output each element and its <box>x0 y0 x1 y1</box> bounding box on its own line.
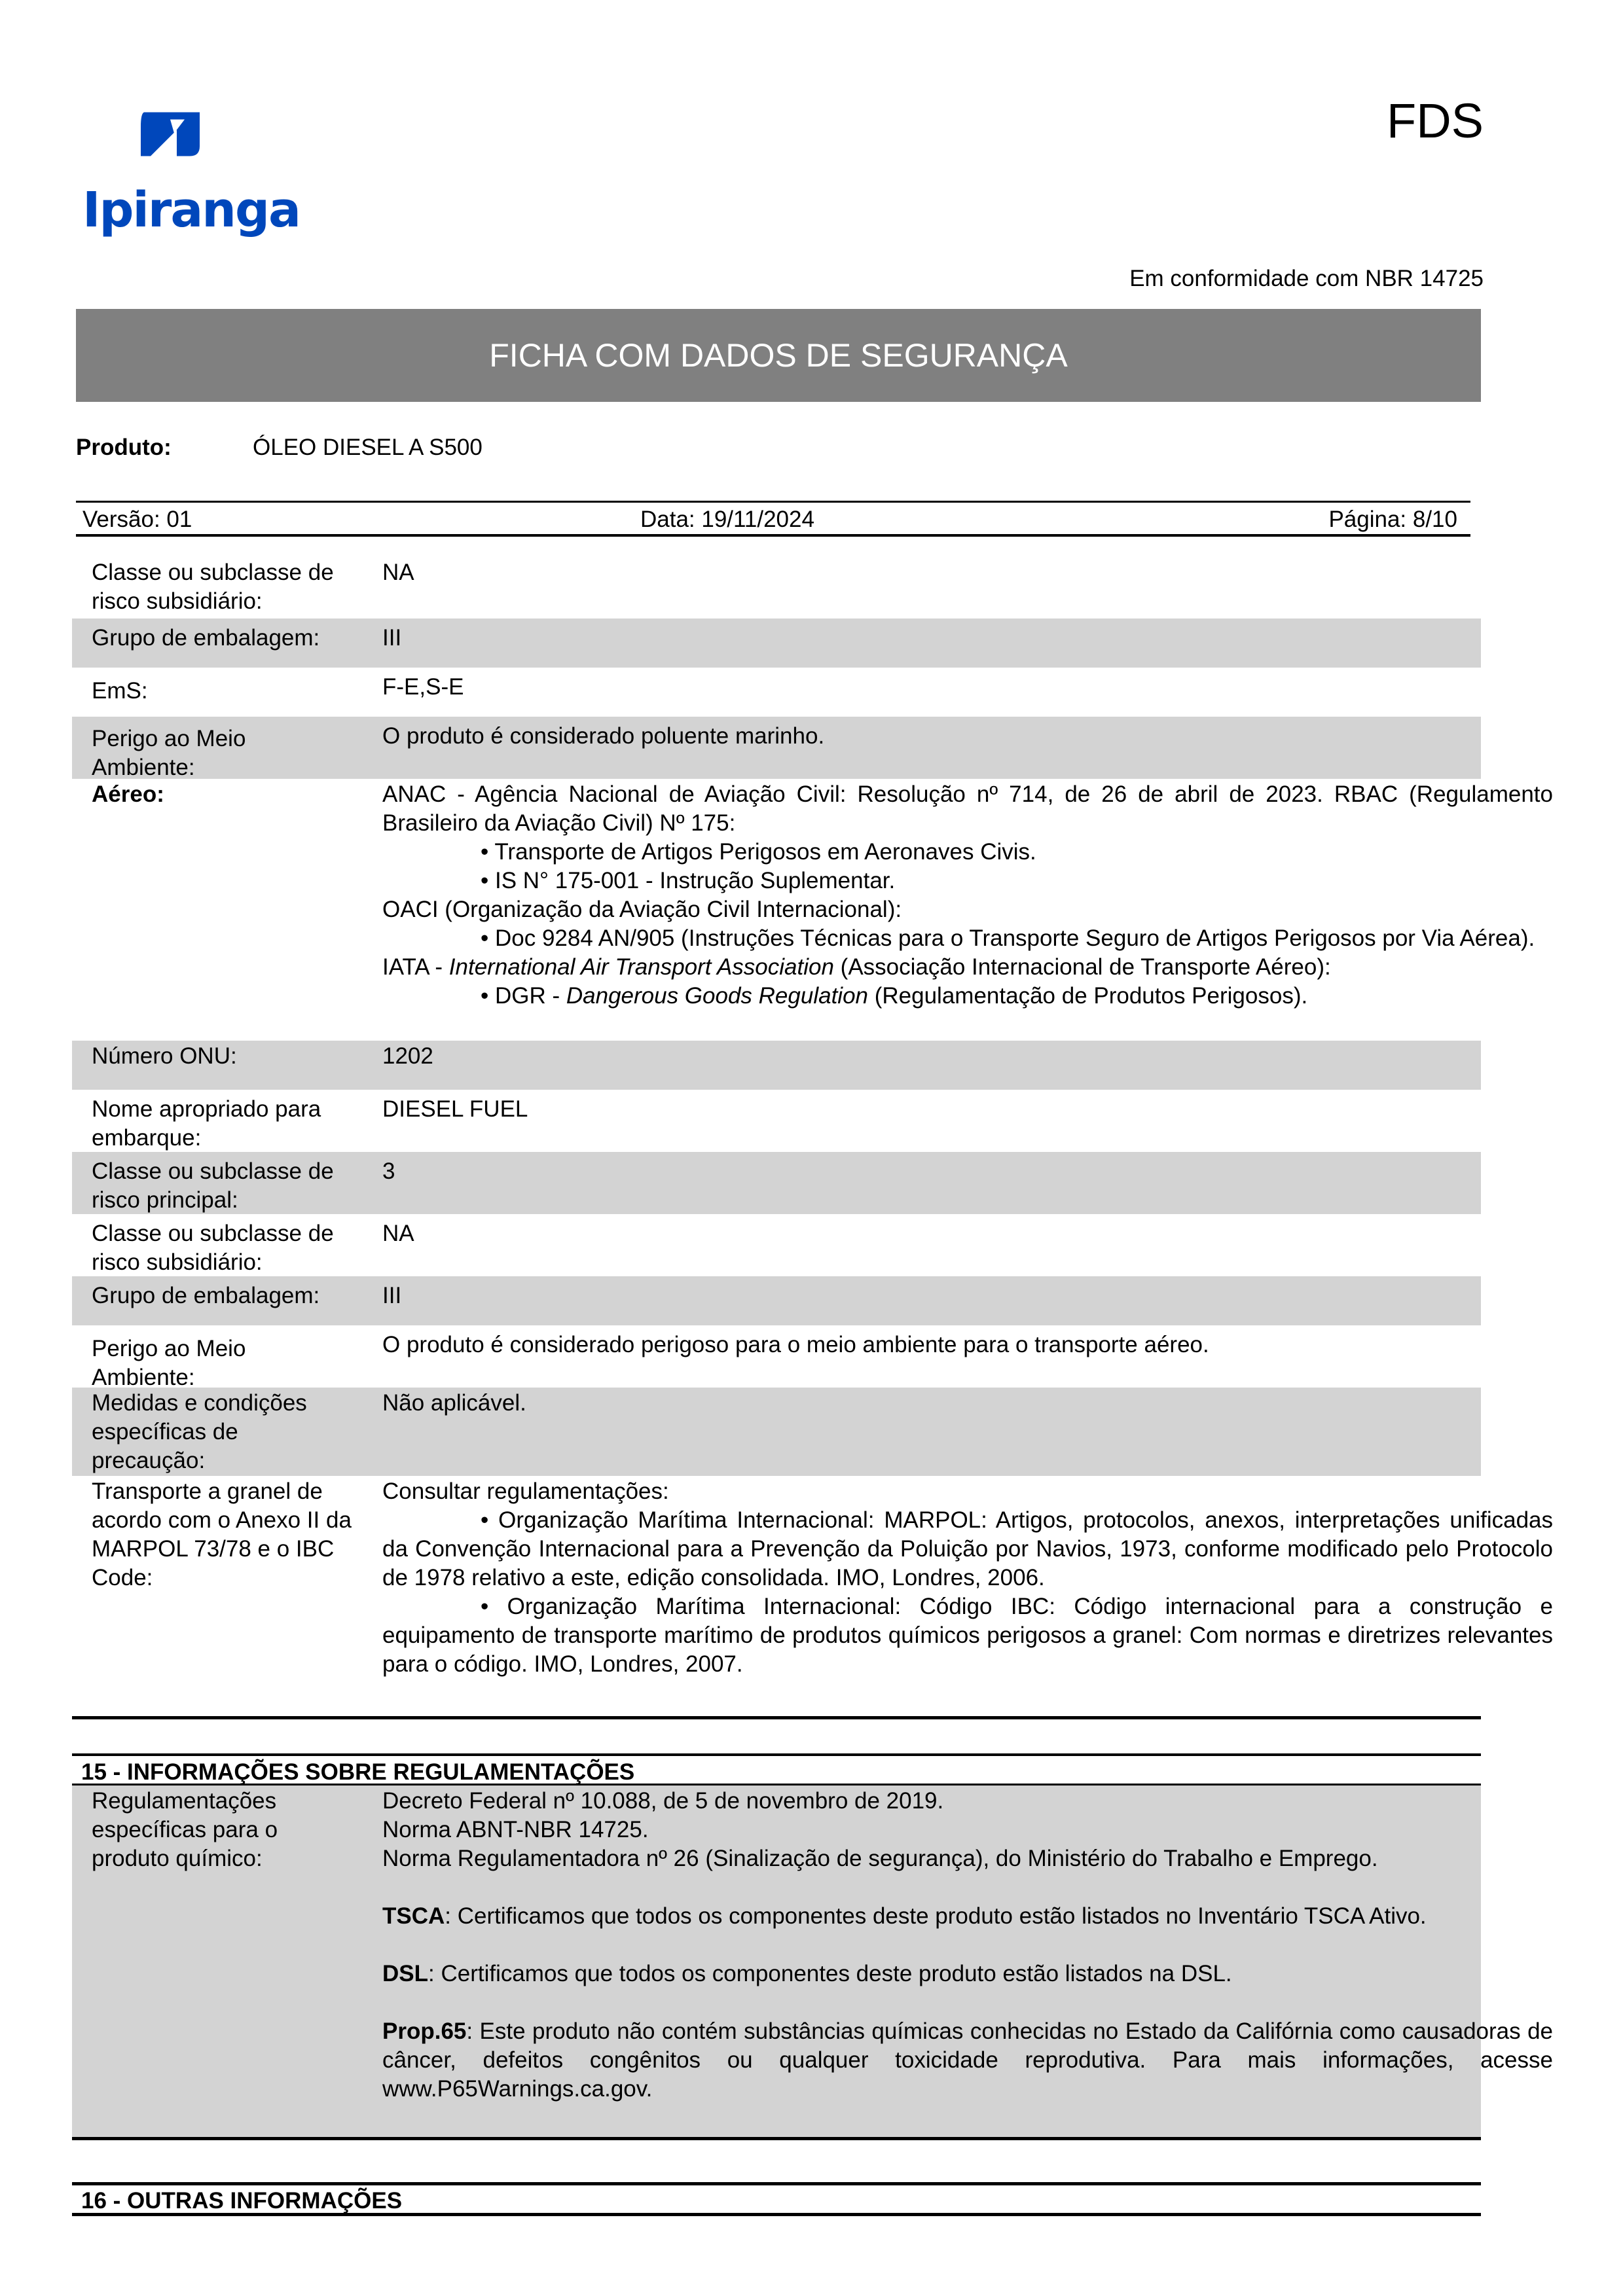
table-row: Classe ou subclasse de risco principal: … <box>72 1152 1481 1214</box>
aereo-iata: IATA - International Air Transport Assoc… <box>382 953 1553 982</box>
granel-intro: Consultar regulamentações: <box>382 1477 1553 1506</box>
row-value: NA <box>382 558 1553 587</box>
row-label: Regulamentações específicas para o produ… <box>92 1787 327 1873</box>
page-title: FICHA COM DADOS DE SEGURANÇA <box>489 336 1067 374</box>
text: : Certificamos que todos os componentes … <box>445 1903 1426 1929</box>
row-value: DIESEL FUEL <box>382 1095 1553 1124</box>
table-row: Perigo ao Meio Ambiente: O produto é con… <box>72 1325 1481 1388</box>
text: : Este produto não contém substâncias qu… <box>382 2018 1553 2102</box>
row-value: 3 <box>382 1157 1553 1186</box>
table-row: Número ONU: 1202 <box>72 1041 1481 1090</box>
text: (Associação Internacional de Transporte … <box>834 954 1331 980</box>
divider <box>72 1716 1481 1719</box>
text: IATA - <box>382 954 449 980</box>
reg-line: Decreto Federal nº 10.088, de 5 de novem… <box>382 1787 1553 1816</box>
section-16-title: 16 - OUTRAS INFORMAÇÕES <box>81 2188 402 2214</box>
conformity-note: Em conformidade com NBR 14725 <box>1129 267 1484 290</box>
reg-line: Norma ABNT-NBR 14725. <box>382 1816 1553 1844</box>
row-value: O produto é considerado poluente marinho… <box>382 722 1553 751</box>
row-label: Grupo de embalagem: <box>92 1282 367 1310</box>
row-value: O produto é considerado perigoso para o … <box>382 1331 1553 1359</box>
aereo-line: ANAC - Agência Nacional de Aviação Civil… <box>382 780 1553 838</box>
date: Data: 19/11/2024 <box>640 507 814 533</box>
granel-item: • Organização Marítima Internacional: MA… <box>382 1506 1553 1592</box>
dsl-note: DSL: Certificamos que todos os component… <box>382 1960 1553 1988</box>
table-row: Classe ou subclasse de risco subsidiário… <box>72 1214 1481 1276</box>
title-band: FICHA COM DADOS DE SEGURANÇA <box>76 309 1481 402</box>
table-row-aereo: Aéreo: ANAC - Agência Nacional de Aviaçã… <box>72 779 1481 1041</box>
row-value: 1202 <box>382 1042 1553 1071</box>
text-bold: TSCA <box>382 1903 445 1929</box>
aereo-line: • IS N° 175-001 - Instrução Suplementar. <box>382 867 1553 895</box>
row-label: Classe ou subclasse de risco subsidiário… <box>92 1219 367 1277</box>
product-value: ÓLEO DIESEL A S500 <box>253 435 483 461</box>
tsca-note: TSCA: Certificamos que todos os componen… <box>382 1902 1553 1931</box>
row-label: EmS: <box>92 677 367 706</box>
row-label: Classe ou subclasse de risco subsidiário… <box>92 558 367 616</box>
row-value: ANAC - Agência Nacional de Aviação Civil… <box>382 780 1553 1011</box>
text-bold: DSL <box>382 1961 428 1986</box>
divider <box>72 2213 1481 2216</box>
table-row: Perigo ao Meio Ambiente: O produto é con… <box>72 717 1481 779</box>
brand-name: Ipiranga <box>82 182 300 238</box>
text-bold: Prop.65 <box>382 2018 466 2044</box>
table-row: Medidas e condições específicas de preca… <box>72 1388 1481 1476</box>
prop65-note: Prop.65: Este produto não contém substân… <box>382 2017 1553 2104</box>
table-row: Grupo de embalagem: III <box>72 1276 1481 1325</box>
row-label: Nome apropriado para embarque: <box>92 1095 367 1153</box>
row-label: Medidas e condições específicas de preca… <box>92 1389 340 1475</box>
doc-code: FDS <box>1387 97 1484 145</box>
row-label: Classe ou subclasse de risco principal: <box>92 1157 367 1215</box>
row-value: Decreto Federal nº 10.088, de 5 de novem… <box>382 1787 1553 2104</box>
table-row: EmS: F-E,S-E <box>72 668 1481 717</box>
row-label: Aéreo: <box>92 780 367 809</box>
text: : Certificamos que todos os componentes … <box>428 1961 1232 1986</box>
granel-item: • Organização Marítima Internacional: Có… <box>382 1592 1553 1679</box>
text: (Regulamentação de Produtos Perigosos). <box>868 983 1307 1009</box>
text: • DGR - <box>481 983 566 1009</box>
row-label: Transporte a granel de acordo com o Anex… <box>92 1477 360 1592</box>
row-label: Número ONU: <box>92 1042 367 1071</box>
aereo-line: • Transporte de Artigos Perigosos em Aer… <box>382 838 1553 867</box>
aereo-line: OACI (Organização da Aviação Civil Inter… <box>382 895 1553 924</box>
table-row-section15: Regulamentações específicas para o produ… <box>72 1784 1481 2139</box>
table-row: Grupo de embalagem: III <box>72 619 1481 668</box>
divider <box>72 2182 1481 2185</box>
text-italic: International Air Transport Association <box>449 954 834 980</box>
row-value: NA <box>382 1219 1553 1248</box>
page-number: Página: 8/10 <box>1328 507 1457 533</box>
aereo-dgr: • DGR - Dangerous Goods Regulation (Regu… <box>382 982 1553 1011</box>
product-label: Produto: <box>76 435 172 461</box>
version-bar: Versão: 01 Data: 19/11/2024 Página: 8/10 <box>76 501 1470 537</box>
aereo-line: • Doc 9284 AN/905 (Instruções Técnicas p… <box>382 924 1553 953</box>
row-value: III <box>382 1282 1553 1310</box>
divider <box>72 2137 1481 2140</box>
row-value: III <box>382 624 1553 653</box>
ipiranga-logo-icon <box>137 98 203 170</box>
table-row-granel: Transporte a granel de acordo com o Anex… <box>72 1476 1481 1715</box>
table-row: Nome apropriado para embarque: DIESEL FU… <box>72 1090 1481 1152</box>
divider <box>72 1753 1481 1756</box>
row-label: Perigo ao Meio Ambiente: <box>92 1335 288 1392</box>
row-value: F-E,S-E <box>382 673 1553 702</box>
reg-line: Norma Regulamentadora nº 26 (Sinalização… <box>382 1844 1553 1873</box>
version: Versão: 01 <box>82 507 192 533</box>
row-label: Grupo de embalagem: <box>92 624 367 653</box>
row-value: Não aplicável. <box>382 1389 1553 1418</box>
table-row: Classe ou subclasse de risco subsidiário… <box>72 553 1481 619</box>
row-value: Consultar regulamentações: • Organização… <box>382 1477 1553 1679</box>
section-15-title: 15 - INFORMAÇÕES SOBRE REGULAMENTAÇÕES <box>81 1759 634 1785</box>
row-label: Perigo ao Meio Ambiente: <box>92 725 288 782</box>
text-italic: Dangerous Goods Regulation <box>566 983 868 1009</box>
